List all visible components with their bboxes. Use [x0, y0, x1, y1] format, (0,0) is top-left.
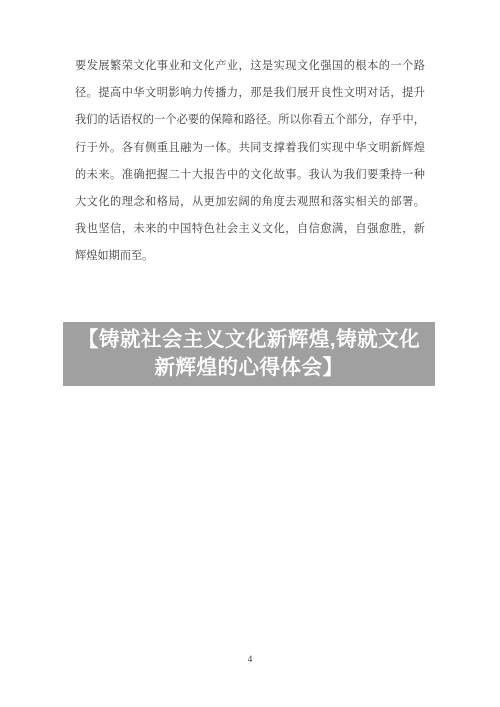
body-text-line: 我们的话语权的一个必要的保障和路径。所以你看五个部分，存乎中， [75, 107, 425, 134]
body-text-line: 行于外。各有侧重且融为一体。共同支撑着我们实现中华文明新辉煌 [75, 135, 425, 162]
body-text-line: 的未来。准确把握二十大报告中的文化故事。我认为我们要秉持一种 [75, 162, 425, 189]
section-heading: 【铸就社会主义文化新辉煌,铸就文化 新辉煌的心得体会】 [63, 322, 435, 386]
body-text-line: 辉煌如期而至。 [75, 243, 425, 270]
body-paragraph: 要发展繁荣文化事业和文化产业，这是实现文化强国的根本的一个路 径。提高中华文明影… [75, 53, 425, 271]
body-text-line: 要发展繁荣文化事业和文化产业，这是实现文化强国的根本的一个路 [75, 53, 425, 80]
body-text-line: 大文化的理念和格局，从更加宏阔的角度去观照和落实相关的部署。 [75, 189, 425, 216]
body-text-line: 我也坚信，未来的中国特色社会主义文化，自信愈满，自强愈胜，新 [75, 216, 425, 243]
heading-line: 新辉煌的心得体会】 [63, 354, 435, 382]
document-page: 要发展繁荣文化事业和文化产业，这是实现文化强国的根本的一个路 径。提高中华文明影… [0, 0, 500, 707]
page-number: 4 [0, 654, 500, 664]
heading-line: 【铸就社会主义文化新辉煌,铸就文化 [63, 326, 435, 354]
body-text-line: 径。提高中华文明影响力传播力，那是我们展开良性文明对话，提升 [75, 80, 425, 107]
